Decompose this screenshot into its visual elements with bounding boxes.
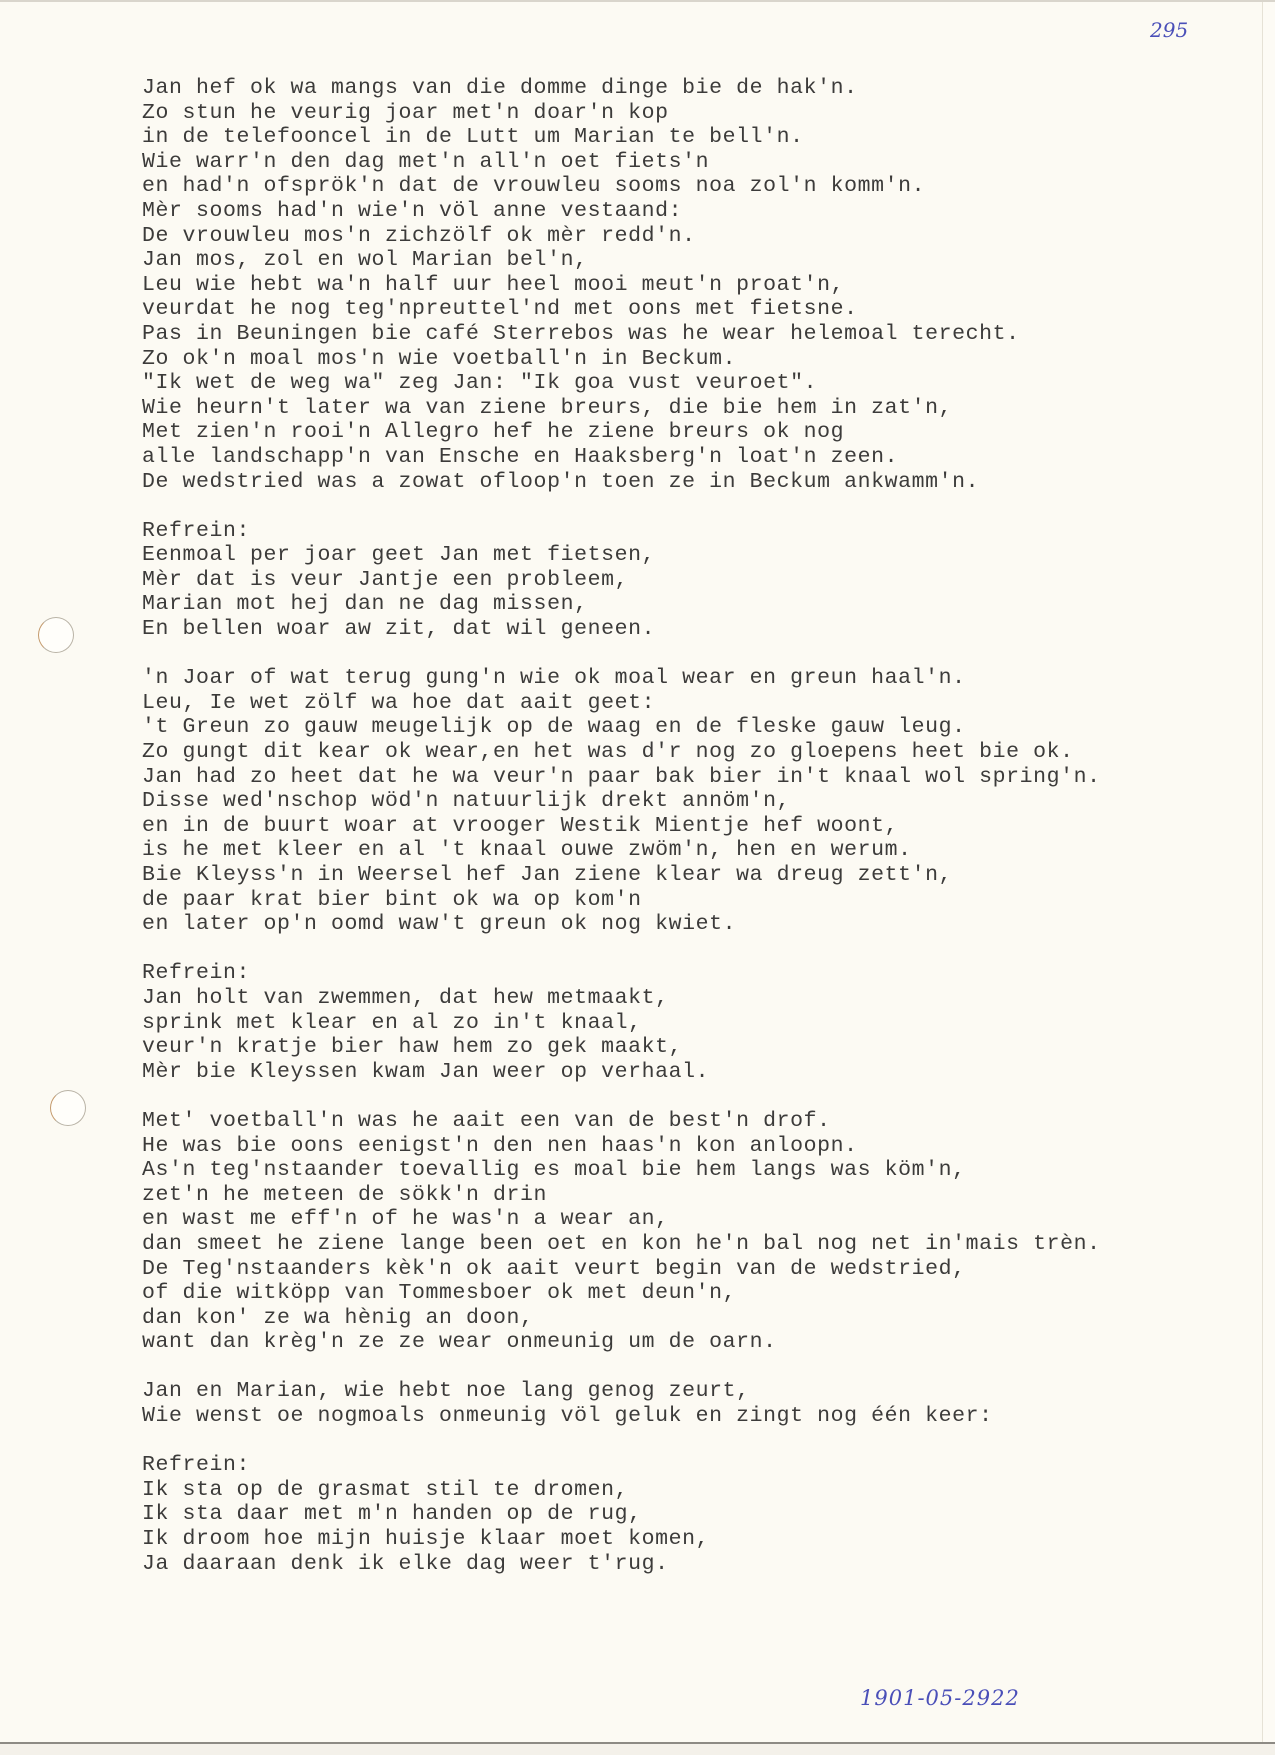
lyric-line: Mèr bie Kleyssen kwam Jan weer op verhaa… xyxy=(142,1060,1262,1085)
lyric-line: Bie Kleyss'n in Weersel hef Jan ziene kl… xyxy=(142,863,1262,888)
lyric-line: Jan holt van zwemmen, dat hew metmaakt, xyxy=(142,986,1262,1011)
lyric-line: Pas in Beuningen bie café Sterrebos was … xyxy=(142,322,1262,347)
lyric-line: dan smeet he ziene lange been oet en kon… xyxy=(142,1232,1262,1257)
lyric-line: En bellen woar aw zit, dat wil geneen. xyxy=(142,617,1262,642)
lyric-line: Zo stun he veurig joar met'n doar'n kop xyxy=(142,101,1262,126)
refrain-stanza: Refrein:Ik sta op de grasmat stil te dro… xyxy=(142,1453,1262,1576)
punch-hole xyxy=(50,1090,86,1126)
lyric-line: Marian mot hej dan ne dag missen, xyxy=(142,592,1262,617)
song-lyrics: Jan hef ok wa mangs van die domme dinge … xyxy=(142,76,1262,1601)
refrain-label: Refrein: xyxy=(142,1453,1262,1478)
lyric-line: Jan had zo heet dat he wa veur'n paar ba… xyxy=(142,765,1262,790)
lyric-line: 't Greun zo gauw meugelijk op de waag en… xyxy=(142,715,1262,740)
lyric-line: en had'n ofsprök'n dat de vrouwleu sooms… xyxy=(142,174,1262,199)
lyric-line: Jan en Marian, wie hebt noe lang genog z… xyxy=(142,1379,1262,1404)
lyric-line: veurdat he nog teg'npreuttel'nd met oons… xyxy=(142,297,1262,322)
lyric-line: Ja daaraan denk ik elke dag weer t'rug. xyxy=(142,1552,1262,1577)
verse-stanza: 'n Joar of wat terug gung'n wie ok moal … xyxy=(142,666,1262,937)
refrain-label: Refrein: xyxy=(142,519,1262,544)
handwritten-page-number: 295 xyxy=(1150,18,1188,42)
lyric-line: Zo ok'n moal mos'n wie voetball'n in Bec… xyxy=(142,347,1262,372)
lyric-line: alle landschapp'n van Ensche en Haaksber… xyxy=(142,445,1262,470)
lyric-line: De vrouwleu mos'n zichzölf ok mèr redd'n… xyxy=(142,224,1262,249)
lyric-line: De Teg'nstaanders kèk'n ok aait veurt be… xyxy=(142,1257,1262,1282)
lyric-line: "Ik wet de weg wa" zeg Jan: "Ik goa vust… xyxy=(142,371,1262,396)
lyric-line: en wast me eff'n of he was'n a wear an, xyxy=(142,1207,1262,1232)
lyric-line: He was bie oons eenigst'n den nen haas'n… xyxy=(142,1134,1262,1159)
handwritten-archive-code: 1901-05-2922 xyxy=(860,1686,1020,1710)
lyric-line: Wie warr'n den dag met'n all'n oet fiets… xyxy=(142,150,1262,175)
lyric-line: Met zien'n rooi'n Allegro hef he ziene b… xyxy=(142,420,1262,445)
lyric-line: zet'n he meteen de sökk'n drin xyxy=(142,1183,1262,1208)
lyric-line: As'n teg'nstaander toevallig es moal bie… xyxy=(142,1158,1262,1183)
refrain-stanza: Refrein:Eenmoal per joar geet Jan met fi… xyxy=(142,519,1262,642)
verse-stanza: Met' voetball'n was he aait een van de b… xyxy=(142,1109,1262,1355)
refrain-stanza: Refrein:Jan holt van zwemmen, dat hew me… xyxy=(142,961,1262,1084)
lyric-line: Leu, Ie wet zölf wa hoe dat aait geet: xyxy=(142,691,1262,716)
lyric-line: Ik sta op de grasmat stil te dromen, xyxy=(142,1478,1262,1503)
lyric-line: Leu wie hebt wa'n half uur heel mooi meu… xyxy=(142,273,1262,298)
page-top-edge xyxy=(0,0,1275,2)
lyric-line: De wedstried was a zowat ofloop'n toen z… xyxy=(142,470,1262,495)
lyric-line: Met' voetball'n was he aait een van de b… xyxy=(142,1109,1262,1134)
lyric-line: Zo gungt dit kear ok wear,en het was d'r… xyxy=(142,740,1262,765)
lyric-line: in de telefooncel in de Lutt um Marian t… xyxy=(142,125,1262,150)
lyric-line: Wie heurn't later wa van ziene breurs, d… xyxy=(142,396,1262,421)
lyric-line: en later op'n oomd waw't greun ok nog kw… xyxy=(142,912,1262,937)
lyric-line: Jan mos, zol en wol Marian bel'n, xyxy=(142,248,1262,273)
verse-stanza: Jan hef ok wa mangs van die domme dinge … xyxy=(142,76,1262,494)
scanner-background xyxy=(0,1744,1275,1755)
lyric-line: Jan hef ok wa mangs van die domme dinge … xyxy=(142,76,1262,101)
refrain-label: Refrein: xyxy=(142,961,1262,986)
verse-stanza: Jan en Marian, wie hebt noe lang genog z… xyxy=(142,1379,1262,1428)
lyric-line: en in de buurt woar at vrooger Westik Mi… xyxy=(142,814,1262,839)
lyric-line: Ik sta daar met m'n handen op de rug, xyxy=(142,1502,1262,1527)
lyric-line: de paar krat bier bint ok wa op kom'n xyxy=(142,888,1262,913)
lyric-line: 'n Joar of wat terug gung'n wie ok moal … xyxy=(142,666,1262,691)
lyric-line: Disse wed'nschop wöd'n natuurlijk drekt … xyxy=(142,789,1262,814)
punch-hole xyxy=(38,617,74,653)
lyric-line: veur'n kratje bier haw hem zo gek maakt, xyxy=(142,1035,1262,1060)
lyric-line: dan kon' ze wa hènig an doon, xyxy=(142,1306,1262,1331)
lyric-line: sprink met klear en al zo in't knaal, xyxy=(142,1011,1262,1036)
lyric-line: want dan krèg'n ze ze wear onmeunig um d… xyxy=(142,1330,1262,1355)
lyric-line: of die witköpp van Tommesboer ok met deu… xyxy=(142,1281,1262,1306)
lyric-line: is he met kleer en al 't knaal ouwe zwöm… xyxy=(142,838,1262,863)
lyric-line: Mèr sooms had'n wie'n völ anne vestaand: xyxy=(142,199,1262,224)
lyric-line: Eenmoal per joar geet Jan met fietsen, xyxy=(142,543,1262,568)
lyric-line: Mèr dat is veur Jantje een probleem, xyxy=(142,568,1262,593)
lyric-line: Wie wenst oe nogmoals onmeunig völ geluk… xyxy=(142,1404,1262,1429)
lyric-line: Ik droom hoe mijn huisje klaar moet kome… xyxy=(142,1527,1262,1552)
